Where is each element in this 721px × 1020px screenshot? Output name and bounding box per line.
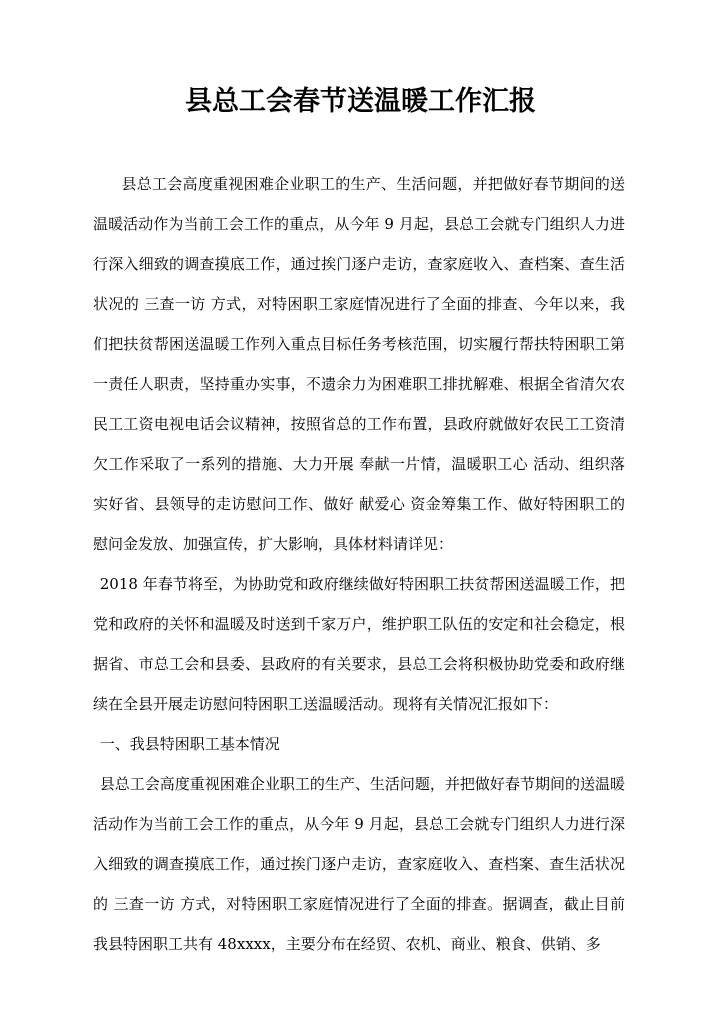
body-paragraph-3: 县总工会高度重视困难企业职工的生产、生活问题，并把做好春节期间的送温暖活动作为当… <box>93 764 625 964</box>
body-paragraph-2: 2018 年春节将至，为协助党和政府继续做好特困职工扶贫帮困送温暖工作，把党和政… <box>93 564 625 724</box>
section-heading-1: 一、我县特困职工基本情况 <box>93 724 625 764</box>
body-paragraph-1: 县总工会高度重视困难企业职工的生产、生活问题，并把做好春节期间的送温暖活动作为当… <box>93 164 625 564</box>
document-title: 县总工会春节送温暖工作汇报 <box>0 0 721 122</box>
document-page: 县总工会春节送温暖工作汇报 县总工会高度重视困难企业职工的生产、生活问题，并把做… <box>0 0 721 1020</box>
